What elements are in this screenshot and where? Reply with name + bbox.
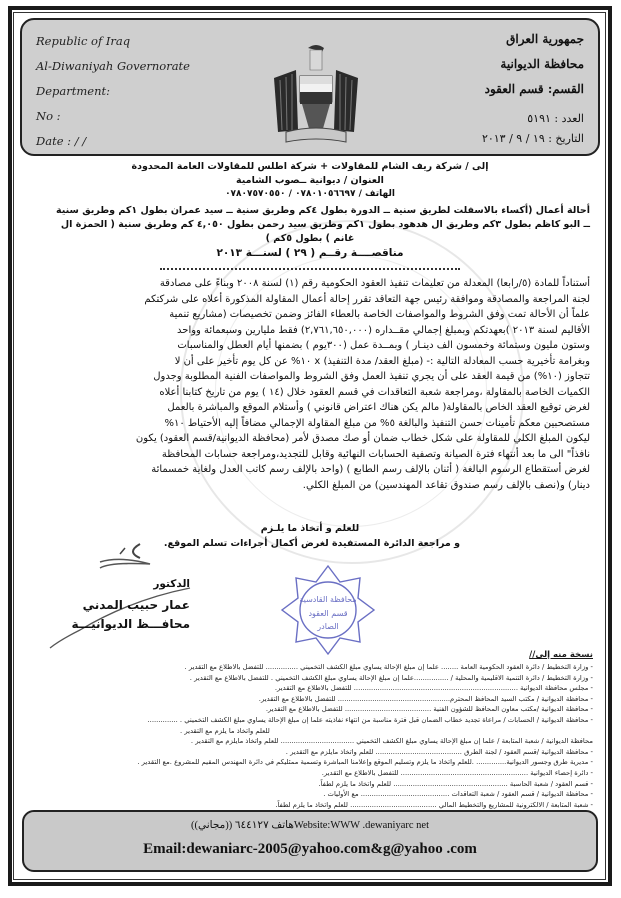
addressee-phone: الهاتف / ٠٧٨٠١٠٥٦٦٩٧ / ٠٧٨٠٧٥٧٠٥٥٠ — [130, 188, 490, 201]
copies-item: - مديرية طرق وجسور الديوانية............… — [50, 757, 593, 768]
footer-email: Email:dewaniarc-2005@yahoo.com&g@yahoo .… — [24, 841, 596, 858]
letterhead-footer: هاتف ٦٤٤١٢٧ ((مجاني))Website:WWW .dewani… — [22, 810, 598, 872]
letterhead-header: Republic of Iraq Al-Diwaniyah Governorat… — [20, 18, 600, 156]
header-department-label: Department: — [36, 84, 110, 98]
copies-item: - وزارة التخطيط / دائرة التنمية الاقليمي… — [50, 673, 593, 684]
copies-item: - محافظة الديوانية / مكتب السيد المحافظ … — [50, 694, 593, 705]
copies-item: - قسم العقود / شعبة الحاسبة ............… — [50, 779, 593, 790]
header-country-en: Republic of Iraq — [36, 34, 130, 48]
copies-item: - محافظة الديوانية /قسم العقود / لجنة ال… — [50, 747, 593, 758]
addressee-address: العنوان / ديوانية ــصوب الشامية — [130, 174, 490, 187]
body-line: لغرض توقيع العقد الخاص بالمقاولة( مالم ي… — [50, 400, 590, 416]
body-line: مستصحبين معكم تأمينات حسن التنفيذ والبال… — [50, 416, 590, 432]
copies-item: محافظة الديوانية / شعبة المتابعة / علما … — [50, 736, 593, 747]
copies-list: - وزارة التخطيط / دائرة العقود الحكومية … — [50, 662, 593, 821]
header-country-ar: جمهورية العراق — [506, 32, 584, 46]
body-line: لغرض أستقطاع الرسوم البالغة ( أثنان بالإ… — [50, 462, 590, 478]
signature-title: الدكتور — [70, 578, 190, 590]
body-line: وستون مليون وستمائة وخمسون الف دينـار ) … — [50, 338, 590, 354]
header-date-label: Date : / / — [36, 134, 86, 148]
official-stamp-icon: محافظة القادسية قسم العقود الصادر — [278, 564, 378, 656]
signature-name: عمار حبيب المدني — [60, 598, 190, 612]
body-line: نافذاً" الى ما بعد أنتهاء فترة الصيانة و… — [50, 447, 590, 463]
copies-item: - محافظة الديوانية / الحسابات / مراعاة ت… — [50, 715, 593, 726]
stamp-text-3: الصادر — [316, 622, 338, 631]
body-line: ليكون المبلغ الكلي للمقاولة على شكل خطاب… — [50, 431, 590, 447]
footer-website-phone: هاتف ٦٤٤١٢٧ ((مجاني))Website:WWW .dewani… — [24, 819, 596, 831]
copies-item-continuation: للعلم واتخاذ ما يلزم مع التقدير . — [50, 726, 593, 737]
copies-item: - مجلس محافظة الديوانية ................… — [50, 683, 593, 694]
body-line: علماً أن الأحالة تمت وفق الشروط والمواصف… — [50, 307, 590, 323]
subject-line-3: غانم ) بطول ٥كم ) — [200, 232, 420, 245]
divider-dotted — [160, 268, 460, 270]
header-governorate-en: Al-Diwaniyah Governorate — [36, 59, 190, 73]
body-line: لجنة المراجعة والمصادقة وموافقة رئيس جهة… — [50, 292, 590, 308]
copies-item: - محافظة الديوانية /مكتب معاون المحافظ ل… — [50, 704, 593, 715]
closing-line-1: للعلم و أتخاذ ما يلـزم — [150, 523, 470, 534]
copies-item: - شعبة المتابعة / الالكترونية للمشاريع و… — [50, 800, 593, 811]
header-number-ar: العدد : ٥١٩١ — [527, 112, 584, 125]
stamp-text-2: قسم العقود — [308, 609, 347, 618]
subject-line-2: ــ البو كاظم بطول ٣كم وطريق ال هدهود بطو… — [50, 218, 590, 231]
copies-item: - وزارة التخطيط / دائرة العقود الحكومية … — [50, 662, 593, 673]
body-line: وبغرامة تأخيرية حسب المعادلة التالية :- … — [50, 354, 590, 370]
body-paragraph: أستناداً للمادة (٥/رابعا) المعدلة من تعل… — [50, 276, 590, 493]
header-governorate-ar: محافظة الديوانية — [500, 57, 584, 71]
signature-position: محافـــظ الديوانيـــة — [60, 617, 190, 631]
iraq-eagle-emblem-icon — [266, 40, 366, 150]
header-date-ar: التاريخ : ١٩ / ٩ / ٢٠١٣ — [482, 132, 584, 145]
signature-scribble-icon — [40, 540, 210, 650]
body-line: تتجاوز (١٠%) من قيمة العقد على أن يجري ت… — [50, 369, 590, 385]
body-line: الأقاليم لسنة ٢٠١٣ )بعهدتكم وبمبلغ إجمال… — [50, 323, 590, 339]
header-number-label: No : — [36, 109, 61, 123]
addressee-recipient: إلى / شركة ريف الشام للمقاولات + شركة اط… — [130, 160, 490, 173]
header-department-ar: القسم: قسم العقود — [485, 82, 584, 96]
body-line: الكميات الخاصة بالمقاولة ،ومراجعة شعبة ا… — [50, 385, 590, 401]
tender-number: مناقصــــة رقــم ( ٢٩ ) لسنـــة ٢٠١٣ — [140, 247, 480, 259]
copies-item: - محافظة الديوانية / قسم العقود / شعبة ا… — [50, 789, 593, 800]
subject-line-1: أحالة أعمال (أكساء بالاسفلت لطريق سنية ـ… — [50, 204, 590, 217]
body-line: دينار) و(نصف بالإلف رسم صندوق تقاعد المه… — [50, 478, 590, 494]
copies-item: - دائرة إحصاء الديوانية ................… — [50, 768, 593, 779]
body-line: أستناداً للمادة (٥/رابعا) المعدلة من تعل… — [50, 276, 590, 292]
copies-title: نسخة منه إلى// — [529, 650, 593, 660]
stamp-text-1: محافظة القادسية — [299, 595, 356, 604]
